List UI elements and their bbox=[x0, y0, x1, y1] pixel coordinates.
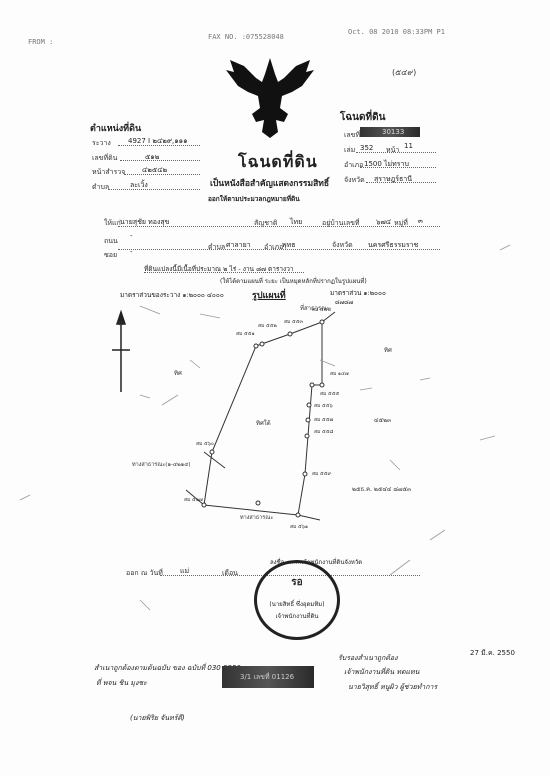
stamp-text-2: เจ้าพนักงานที่ดิน bbox=[257, 611, 337, 621]
stamp-top: รอ bbox=[257, 575, 337, 590]
issue-date-label: ออก ณ วันที่ bbox=[126, 568, 163, 579]
issue-month-label: เดือน bbox=[222, 568, 238, 579]
marker-code: สม ๕๕๙ bbox=[312, 470, 331, 478]
map-label-west: ทิศ bbox=[174, 368, 182, 378]
marker-code: สม ๕๕๘ bbox=[314, 428, 333, 436]
officer-title: เจ้าพนักงานที่ดิน ทดแทน bbox=[344, 667, 419, 678]
marker-code: สม ๕๕๕ bbox=[320, 390, 339, 398]
map-label-parcel-east: ๔๕๒๓ bbox=[374, 415, 391, 425]
map-label-center: ทิศใต้ bbox=[256, 418, 271, 428]
map-label-road-sw: ทางสาธารณะ(๑-๔๒๑๔) bbox=[132, 461, 191, 469]
assistant-officer: นายวิสุทธิ์ หนูผิว ผู้ช่วยทำการ bbox=[348, 682, 437, 693]
north-label: น bbox=[118, 318, 123, 329]
redacted-value: 3/1 เลขที่ 01126 bbox=[240, 672, 294, 683]
signatory-name: (นายพิริย จันทร์ดี) bbox=[130, 713, 185, 724]
marker-code: สม ๕๕๗ bbox=[314, 416, 333, 424]
marker-code: สม ๕๕๔ bbox=[312, 306, 331, 314]
map-label-east: ทิศ bbox=[384, 345, 392, 355]
marker-code: สม ๑๔๗ bbox=[330, 370, 349, 378]
official-seal-stamp: รอ (นายสิทธิ์ ซึ่งอุดมทิม) เจ้าพนักงานที… bbox=[254, 560, 340, 640]
marker-code: สม ๕๖๐ bbox=[196, 440, 214, 448]
certification-line-2: ที่ พจน ชิน มุงชะ bbox=[96, 678, 147, 689]
stamp-text-1: (นายสิทธิ์ ซึ่งอุดมทิม) bbox=[257, 599, 337, 609]
marker-code: สม ๕๖๑ bbox=[290, 523, 308, 531]
marker-code: สม ๕๕๓ bbox=[284, 318, 303, 326]
map-label-bottom: ทางสาธารณะ bbox=[240, 514, 273, 522]
marker-code: สม ๕๕๖ bbox=[314, 402, 333, 410]
map-label-date: ๒๕ธ.ค. ๒๕๔๔ ๘๗๕๓ bbox=[352, 484, 411, 494]
marker-code: สม ๕๕๑ bbox=[236, 330, 255, 338]
marker-code: สม ๕๕๒ bbox=[258, 322, 277, 330]
parcel-map bbox=[0, 0, 550, 776]
certified-date: 27 มี.ค. 2550 bbox=[470, 648, 515, 659]
certified-copy-line: รับรองสำเนาถูกต้อง bbox=[338, 653, 398, 664]
marker-code: สม ๕๒๗ bbox=[184, 496, 203, 504]
certification-line-1: สำเนาถูกต้องตามต้นฉบับ ของ ฉบับที่ 030 2… bbox=[94, 663, 241, 674]
